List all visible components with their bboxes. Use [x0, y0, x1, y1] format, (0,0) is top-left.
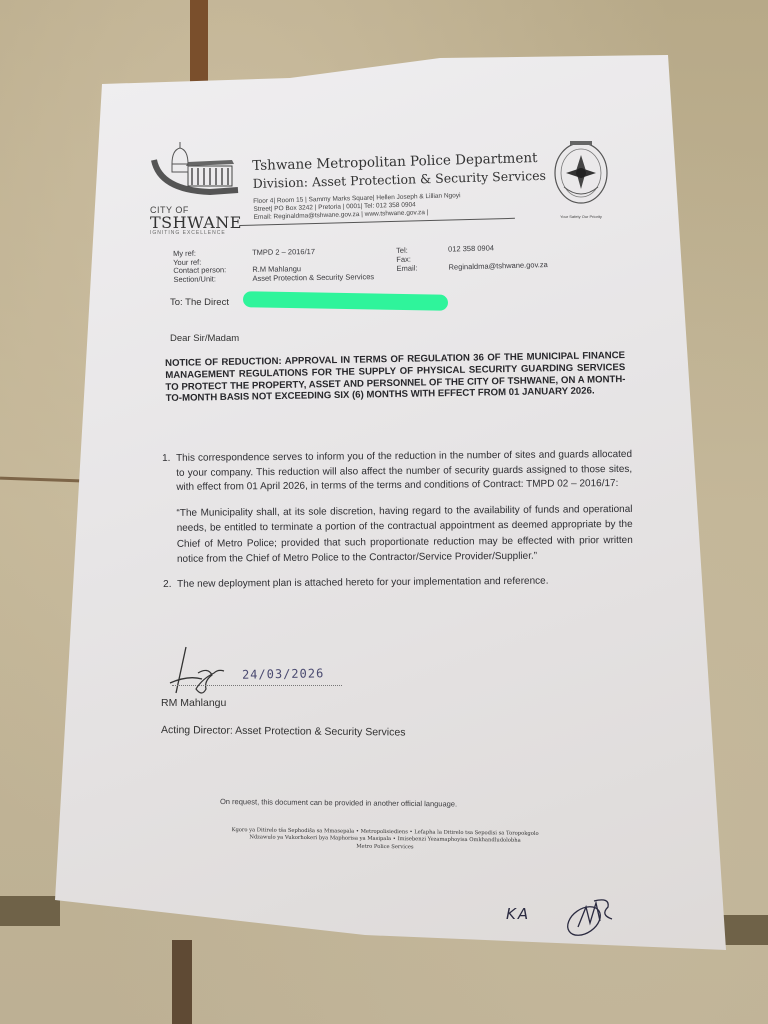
list-text: This correspondence serves to inform you… — [176, 448, 632, 496]
signatory-name: RM Mahlangu — [161, 697, 226, 709]
signature-date: 24/03/2026 — [242, 666, 324, 681]
reference-row: Section/Unit: Asset Protection & Securit… — [173, 272, 422, 284]
list-item: 1. This correspondence serves to inform … — [162, 448, 632, 496]
list-item: 2. The new deployment plan is attached h… — [163, 574, 633, 593]
subject-heading: NOTICE OF REDUCTION: APPROVAL IN TERMS O… — [165, 350, 626, 405]
handwritten-signature-icon — [168, 645, 238, 695]
redaction-highlight — [243, 291, 448, 311]
language-note: On request, this document can be provide… — [220, 797, 457, 808]
metro-police-crest: Your Safety Our Priority — [550, 137, 612, 217]
multilingual-footer: Kgoro ya Ditirelo tša Sephodiša sa Mmase… — [200, 827, 570, 854]
metro-police-crest-icon — [550, 137, 612, 209]
signature-line — [172, 685, 342, 686]
crest-motto: Your Safety Our Priority — [550, 214, 612, 219]
reference-block-right: Tel: 012 358 0904 Fax: Email: Reginaldma… — [396, 242, 548, 273]
handwritten-initials: KA — [506, 905, 530, 923]
salutation: Dear Sir/Madam — [170, 333, 239, 344]
reference-label: Section/Unit: — [173, 274, 252, 284]
reference-value: Reginaldma@tshwane.gov.za — [448, 260, 547, 272]
addressee-line: To: The Direct — [170, 297, 229, 308]
contract-quote: “The Municipality shall, at its sole dis… — [176, 502, 633, 568]
letter-document: CITY OF TSHWANE IGNITING EXCELLENCE Tshw… — [0, 0, 768, 1024]
body-list: 1. This correspondence serves to inform … — [162, 448, 633, 593]
city-hall-dome-logo-icon — [150, 140, 242, 200]
list-number: 2. — [163, 578, 177, 593]
reference-block-left: My ref: TMPD 2 – 2016/17 Your ref: Conta… — [173, 247, 422, 284]
reference-label: Email: — [396, 263, 448, 273]
list-number: 1. — [162, 452, 176, 496]
signatory-title: Acting Director: Asset Protection & Secu… — [161, 724, 406, 739]
reference-value: Asset Protection & Security Services — [252, 272, 422, 283]
initial-signature-icon — [560, 893, 622, 938]
list-text: The new deployment plan is attached here… — [177, 574, 633, 593]
department-heading: Tshwane Metropolitan Police Department D… — [252, 150, 547, 222]
city-of-tshwane-logo: CITY OF TSHWANE IGNITING EXCELLENCE — [150, 140, 242, 236]
logo-city-name: TSHWANE — [150, 215, 242, 230]
reference-value: 012 358 0904 — [448, 243, 494, 253]
